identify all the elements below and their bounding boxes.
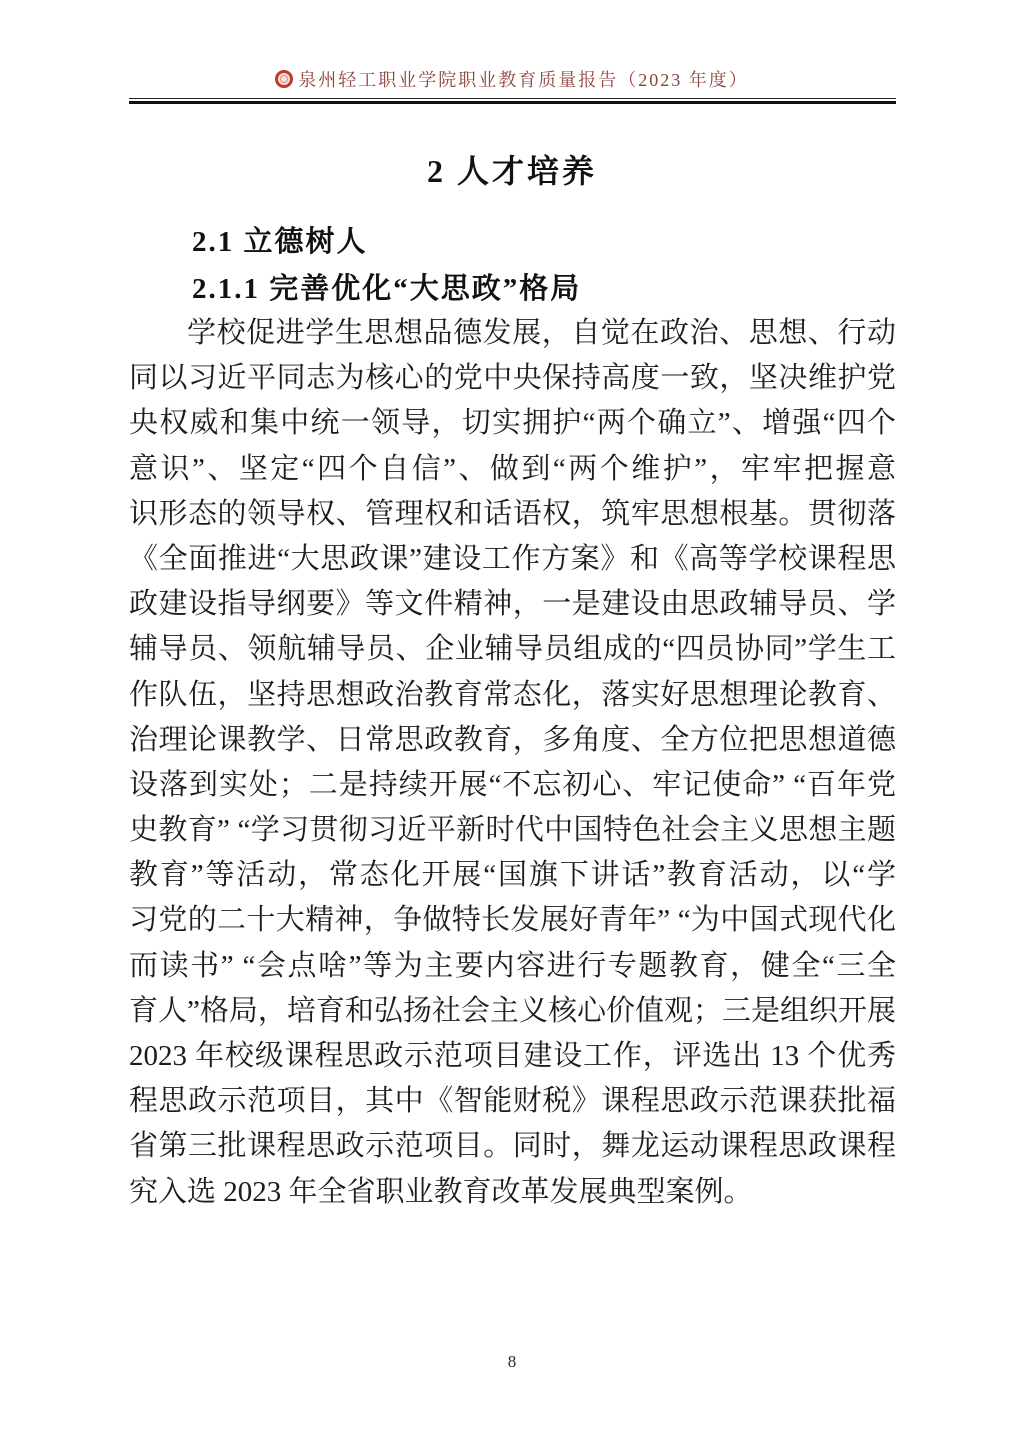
body-line: 学校促进学生思想品德发展，自觉在政治、思想、行动上 — [129, 311, 896, 356]
body-line: 究入选 2023 年全省职业教育改革发展典型案例。 — [129, 1170, 896, 1215]
body-line: 《全面推进“大思政课”建设工作方案》和《高等学校课程思 — [129, 537, 896, 582]
body-line: 同以习近平同志为核心的党中央保持高度一致，坚决维护党中 — [129, 356, 896, 401]
body-line: 而读书” “会点啥”等为主要内容进行专题教育，健全“三全 — [129, 944, 896, 989]
page-number: 8 — [0, 1352, 1024, 1372]
body-line: 央权威和集中统一领导，切实拥护“两个确立”、增强“四个 — [129, 401, 896, 446]
header-divider — [129, 98, 896, 104]
header-title: 泉州轻工职业学院职业教育质量报告（2023 年度） — [298, 66, 749, 92]
body-line: 辅导员、领航辅导员、企业辅导员组成的“四员协同”学生工 — [129, 627, 896, 672]
body-line: 识形态的领导权、管理权和话语权，筑牢思想根基。贯彻落实 — [129, 492, 896, 537]
body-line: 作队伍，坚持思想政治教育常态化，落实好思想理论教育、政 — [129, 673, 896, 718]
body-line: 意识”、坚定“四个自信”、做到“两个维护”，牢牢把握意 — [129, 447, 896, 492]
page-title: 2 人才培养 — [0, 146, 1024, 192]
document-page: 泉州轻工职业学院职业教育质量报告（2023 年度） 2 人才培养 2.1 立德树… — [0, 0, 1024, 1448]
body-line: 省第三批课程思政示范项目。同时，舞龙运动课程思政课程研 — [129, 1124, 896, 1169]
subsection-heading: 2.1.1 完善优化“大思政”格局 — [192, 266, 581, 307]
body-line: 治理论课教学、日常思政教育，多角度、全方位把思想道德建 — [129, 718, 896, 763]
body-line: 政建设指导纲要》等文件精神，一是建设由思政辅导员、学业 — [129, 582, 896, 627]
school-seal-icon — [275, 70, 293, 88]
section-heading: 2.1 立德树人 — [192, 219, 368, 260]
body-line: 史教育” “学习贯彻习近平新时代中国特色社会主义思想主题 — [129, 808, 896, 853]
page-header: 泉州轻工职业学院职业教育质量报告（2023 年度） — [128, 66, 896, 92]
body-line: 育人”格局，培育和弘扬社会主义核心价值观；三是组织开展 — [129, 989, 896, 1034]
body-paragraph: 学校促进学生思想品德发展，自觉在政治、思想、行动上同以习近平同志为核心的党中央保… — [129, 311, 896, 1215]
body-line: 教育”等活动，常态化开展“国旗下讲话”教育活动，以“学 — [129, 853, 896, 898]
body-line: 2023 年校级课程思政示范项目建设工作，评选出 13 个优秀课 — [129, 1034, 896, 1079]
body-line: 设落到实处；二是持续开展“不忘初心、牢记使命” “百年党 — [129, 763, 896, 808]
body-line: 习党的二十大精神，争做特长发展好青年” “为中国式现代化 — [129, 898, 896, 943]
body-line: 程思政示范项目，其中《智能财税》课程思政示范课获批福建 — [129, 1079, 896, 1124]
